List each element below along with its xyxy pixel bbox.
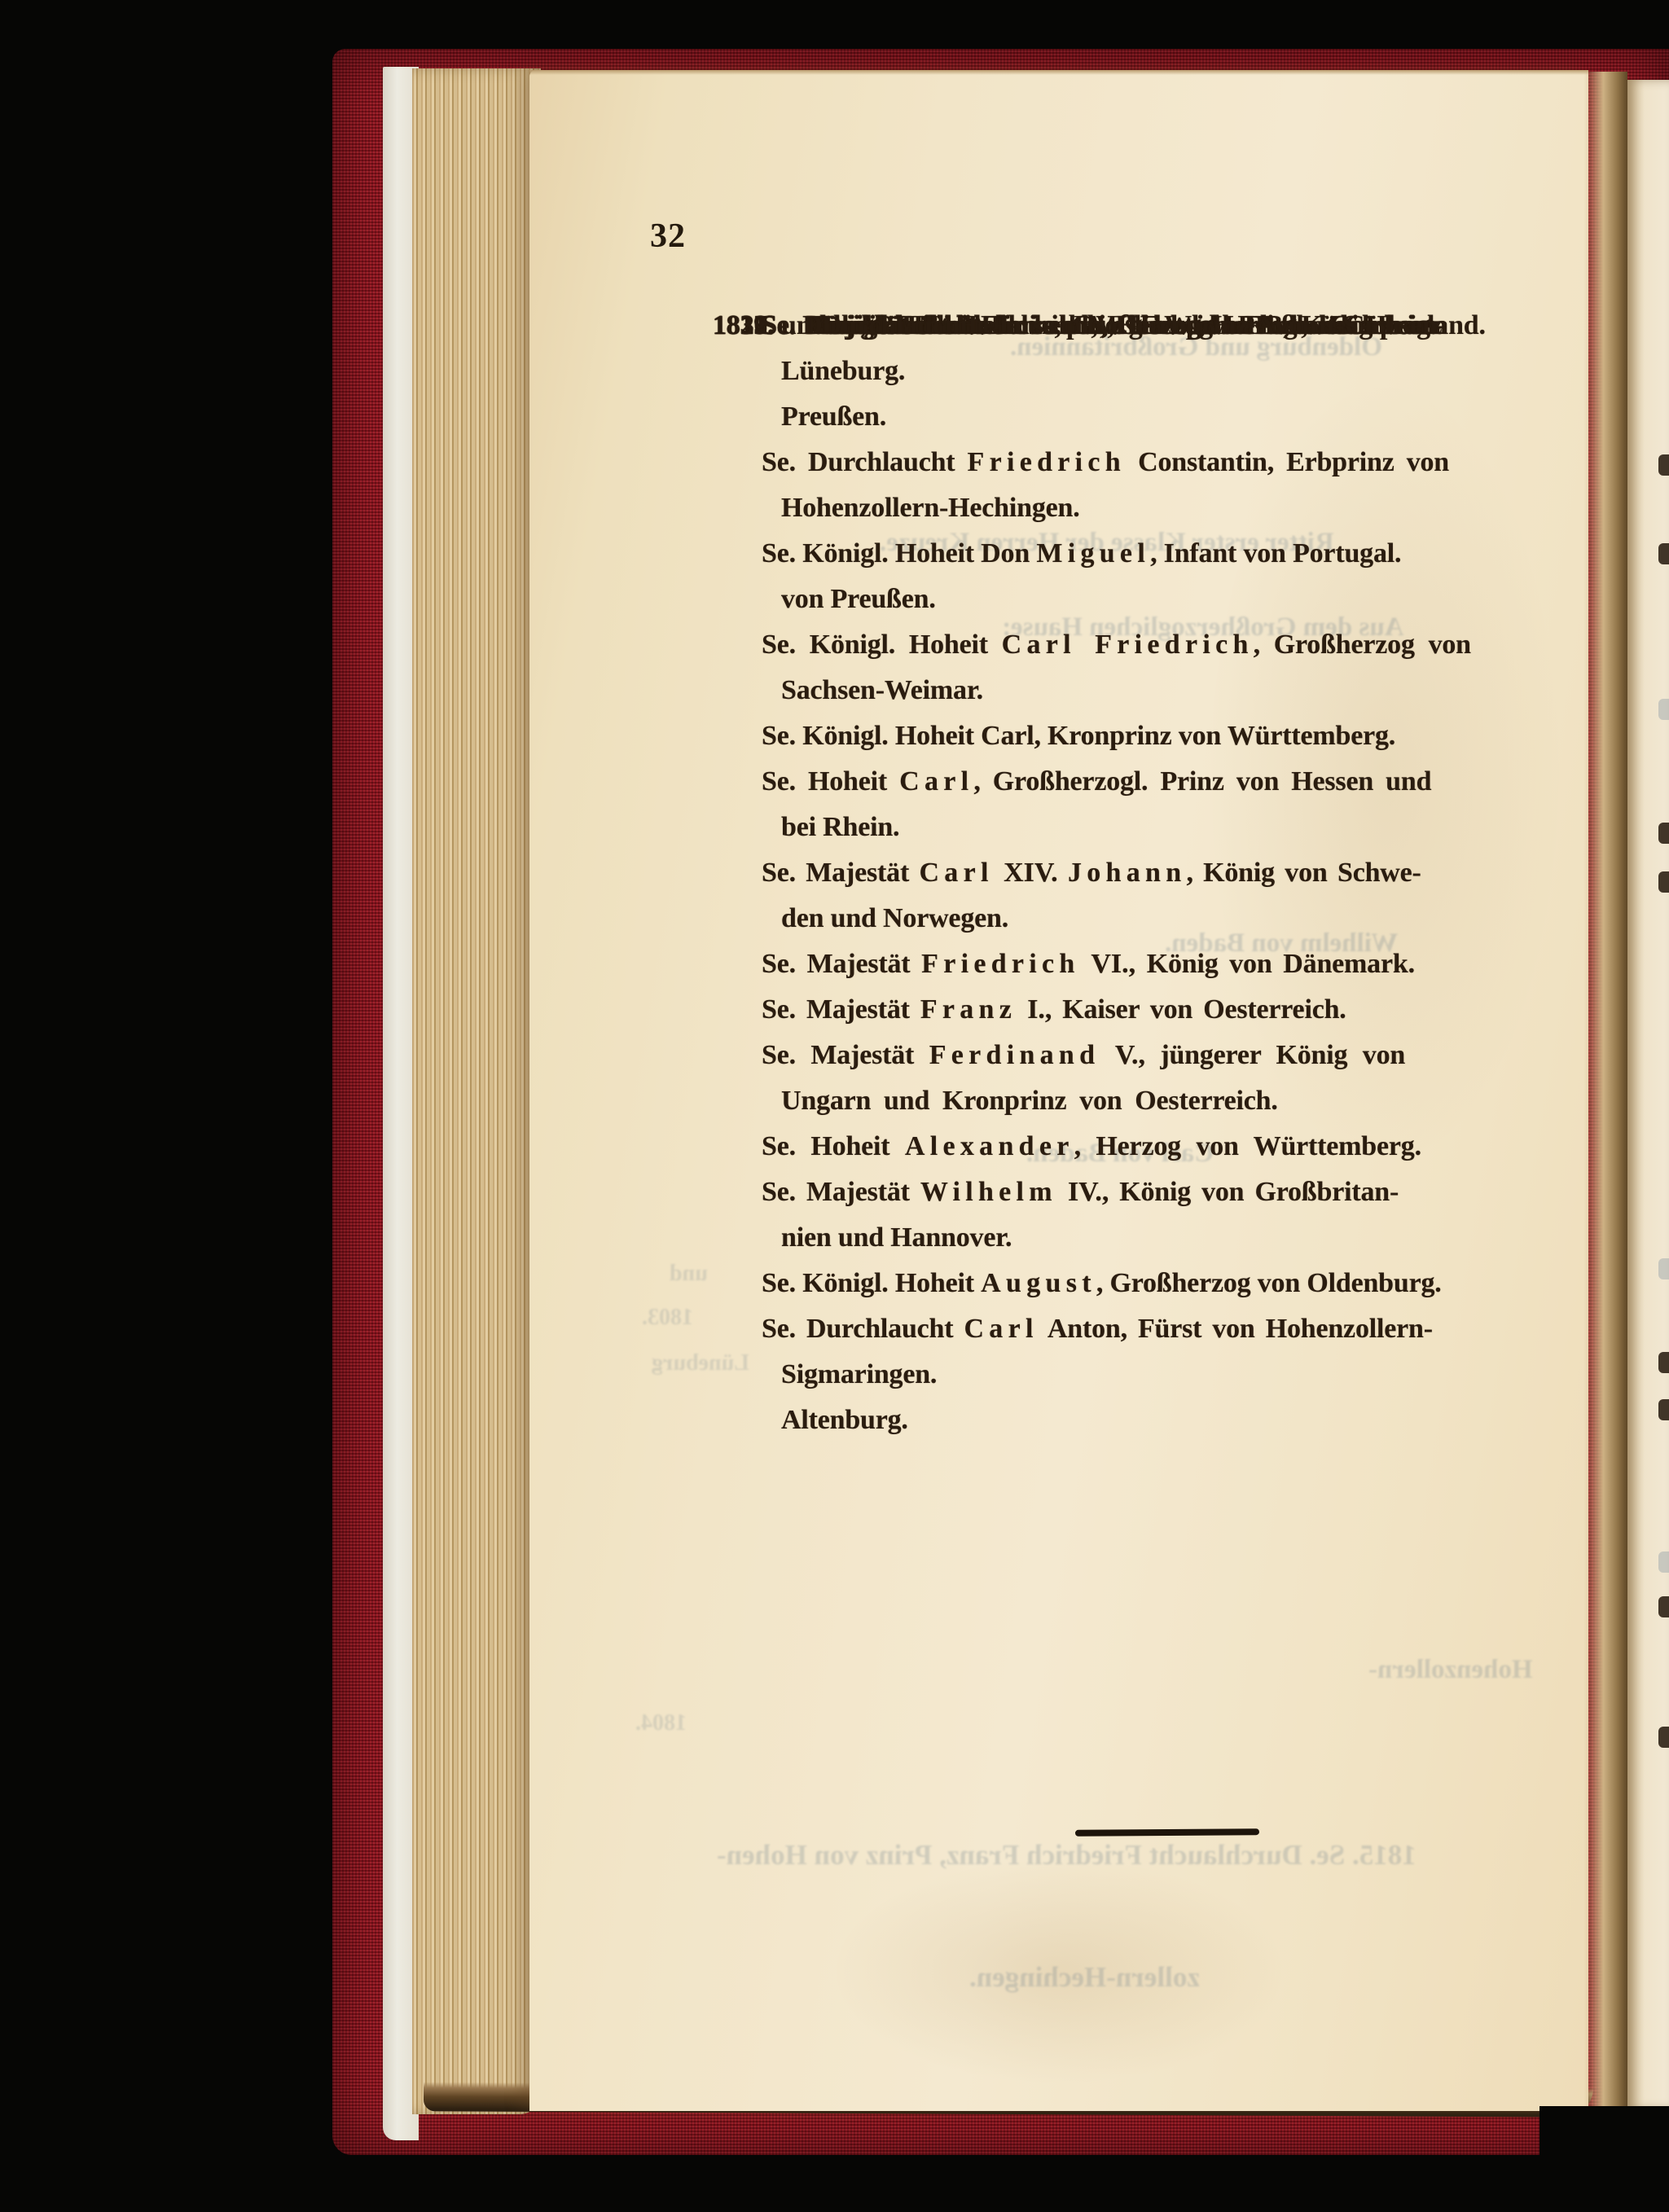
entry-line: Se. Königl. Hoheit Don Miguel, Infant vo… — [713, 531, 1602, 577]
facing-page-text-fragment — [1658, 1399, 1669, 1420]
entry-line: Se. Königl. Hoheit Carl, Kronprinz von W… — [713, 713, 1602, 759]
entry-text: Se. Königl. Hoheit Don — [762, 538, 1036, 568]
entry-line: den und Norwegen. — [713, 896, 1602, 941]
entry-line: bei Rhein. — [713, 805, 1602, 850]
entry-line: Lüneburg. — [713, 349, 1602, 394]
entry-text: , Großherzogl. Prinz von Hessen und — [973, 766, 1431, 797]
entry-text: Lüneburg. — [781, 356, 905, 386]
entry-line: Ungarn und Kronprinz von Oesterreich. — [713, 1078, 1602, 1124]
entry-text: Se. Hoheit — [762, 766, 899, 797]
page-edge-stack — [412, 68, 541, 2114]
entry-text: Anton, Fürst von Hohenzollern- — [1039, 1314, 1433, 1344]
person-name: Carl — [964, 1314, 1038, 1344]
bleed-through-text: 1815. Se. Durchlaucht Friedrich Franz, P… — [717, 1839, 1416, 1872]
entry-line: Se. Hoheit Carl, Großherzogl. Prinz von … — [713, 759, 1602, 805]
facing-page-text-fragment — [1658, 699, 1669, 720]
entry-text: Se. Majestät — [762, 1040, 929, 1070]
entry-line: Sachsen-Weimar. — [713, 668, 1602, 713]
entry-text: Constantin, Erbprinz von — [1126, 447, 1449, 477]
bleed-through-fragment: 1804. — [635, 1710, 687, 1736]
bleed-through-text: Hohenzollern- — [1368, 1655, 1533, 1685]
person-name: Friedrich — [968, 447, 1126, 477]
person-name: Johann — [1068, 858, 1186, 888]
entry-text: , jüngerer König von — [1139, 1040, 1406, 1070]
facing-page-text-fragment — [1658, 1727, 1669, 1748]
entry-text: , Infant von Portugal. — [1150, 538, 1401, 568]
entry-line: Altenburg. — [713, 1398, 1602, 1443]
entry-text: den und Norwegen. — [781, 903, 1008, 933]
regnal-numeral: XIV. — [1004, 858, 1057, 888]
entry-text — [1057, 1177, 1068, 1207]
person-name: Carl — [899, 766, 973, 797]
entry-line: Se. Königl. Hoheit August, Großherzog vo… — [713, 1261, 1602, 1306]
entry-text: , König von Dänemark. — [1129, 949, 1415, 979]
entry-text: Se. Königl. Hoheit — [762, 630, 1002, 660]
regnal-numeral: VI. — [1091, 949, 1128, 979]
entry-text: Se. Königl. Hoheit — [762, 1268, 981, 1298]
entry-text — [1100, 1040, 1115, 1070]
facing-page-sliver — [1627, 80, 1669, 2109]
entry-text: nien und Hannover. — [781, 1222, 1012, 1253]
section-divider-rule — [1075, 1828, 1259, 1837]
entry-text: Sigmaringen. — [781, 1359, 937, 1389]
scan-shadow-corner — [1539, 2106, 1669, 2212]
regnal-numeral: I. — [1027, 994, 1045, 1025]
book-scan: Oldenburg und Großbritannien. Ritter ers… — [0, 0, 1669, 2212]
person-name: Miguel — [1036, 538, 1150, 568]
facing-page-text-fragment — [1658, 1258, 1669, 1279]
entry-line: Se. Majestät Wilhelm IV., König von Groß… — [713, 1170, 1602, 1215]
bleed-through-fragment: 1803. — [642, 1305, 693, 1331]
person-name: August — [981, 1268, 1096, 1298]
entry-text: Se. Durchlaucht — [762, 1314, 964, 1344]
facing-page-text-fragment — [1658, 1352, 1669, 1373]
entry-line: Preußen. — [713, 394, 1602, 440]
bleed-through-text: zollern-Hechingen. — [969, 1961, 1200, 1994]
entry-list: 1817.Se. Hoheit Friedrich, Großherzogl. … — [713, 303, 1602, 1443]
entry-text: Se. Durchlaucht — [762, 310, 995, 340]
entry-text: Se. Königl. Hoheit Carl, Kronprinz von W… — [762, 721, 1395, 751]
entry-text: , Großherzog von — [1254, 630, 1471, 660]
entry-text: Se. Majestät — [762, 994, 920, 1025]
person-name: Ferdinand — [929, 1040, 1100, 1070]
entry-text: , Kaiser von Oesterreich. — [1045, 994, 1346, 1025]
person-name: Alexander — [905, 1131, 1074, 1161]
entry-line: Se. Durchlaucht Carl Anton, Fürst von Ho… — [713, 1306, 1602, 1352]
entry-text: Se. Majestät — [762, 1177, 920, 1207]
entry-line: Se. Majestät Friedrich VI., König von Dä… — [713, 941, 1602, 987]
person-name: Joseph — [995, 310, 1108, 340]
entry-text: , König von Schwe- — [1186, 858, 1421, 888]
entry-text: , Großherzog von Oldenburg. — [1096, 1268, 1442, 1298]
entry-line: Se. Durchlaucht Friedrich Constantin, Er… — [713, 440, 1602, 485]
entry-text — [994, 858, 1004, 888]
entry-text: , Herzog von Württemberg. — [1074, 1131, 1421, 1161]
entry-line: Se. Majestät Carl XIV. Johann, König von… — [713, 850, 1602, 896]
entry-line-year: 1832.Se. Durchlaucht Joseph, Erbprinz vo… — [713, 303, 1447, 349]
entry-text: Preußen. — [781, 402, 886, 432]
entry-year: 1832. — [713, 303, 775, 349]
facing-page-text-fragment — [1658, 871, 1669, 893]
entry-line: Sigmaringen. — [713, 1352, 1602, 1398]
entry-line: Se. Majestät Franz I., Kaiser von Oester… — [713, 987, 1602, 1033]
facing-page-text-fragment — [1658, 1596, 1669, 1617]
entry-text: bei Rhein. — [781, 812, 899, 842]
entry-text: Ungarn und Kronprinz von Oesterreich. — [781, 1086, 1278, 1116]
person-name: Wilhelm — [920, 1177, 1057, 1207]
entry-line: Se. Hoheit Alexander, Herzog von Württem… — [713, 1124, 1602, 1170]
entry-text: Altenburg. — [781, 1405, 908, 1435]
person-name: Friedrich — [921, 949, 1079, 979]
entry-line: Se. Königl. Hoheit Carl Friedrich, Großh… — [713, 622, 1602, 668]
entry-text: Se. Durchlaucht — [762, 447, 968, 477]
entry-text — [1080, 949, 1091, 979]
entry-text — [1058, 858, 1068, 888]
page-number: 32 — [650, 217, 686, 256]
entry-text: , Erbprinz von Sachsen- — [1107, 310, 1446, 340]
entry-line: von Preußen. — [713, 577, 1602, 622]
regnal-numeral: IV. — [1068, 1177, 1102, 1207]
entry-line: Se. Majestät Ferdinand V., jüngerer Köni… — [713, 1033, 1602, 1078]
facing-page-text-fragment — [1658, 543, 1669, 564]
facing-page-text-fragment — [1658, 823, 1669, 844]
entry-text: , König von Großbritan- — [1102, 1177, 1399, 1207]
entry-text: Se. Majestät — [762, 949, 921, 979]
entry-line: nien und Hannover. — [713, 1215, 1602, 1261]
entry-text: von Preußen. — [781, 584, 936, 614]
entry-text: Se. Hoheit — [762, 1131, 905, 1161]
person-name: Carl Friedrich — [1002, 630, 1254, 660]
entry-text: Sachsen-Weimar. — [781, 675, 983, 705]
regnal-numeral: V. — [1115, 1040, 1139, 1070]
entry-text: Se. Majestät — [762, 858, 919, 888]
bleed-through-fragment: und — [670, 1261, 708, 1287]
facing-page-text-fragment — [1658, 1551, 1669, 1573]
entry-text: Hohenzollern-Hechingen. — [781, 493, 1080, 523]
person-name: Franz — [920, 994, 1017, 1025]
person-name: Carl — [919, 858, 993, 888]
entry-text — [1017, 994, 1027, 1025]
facing-page-text-fragment — [1658, 454, 1669, 476]
entry-line: Hohenzollern-Hechingen. — [713, 485, 1602, 531]
